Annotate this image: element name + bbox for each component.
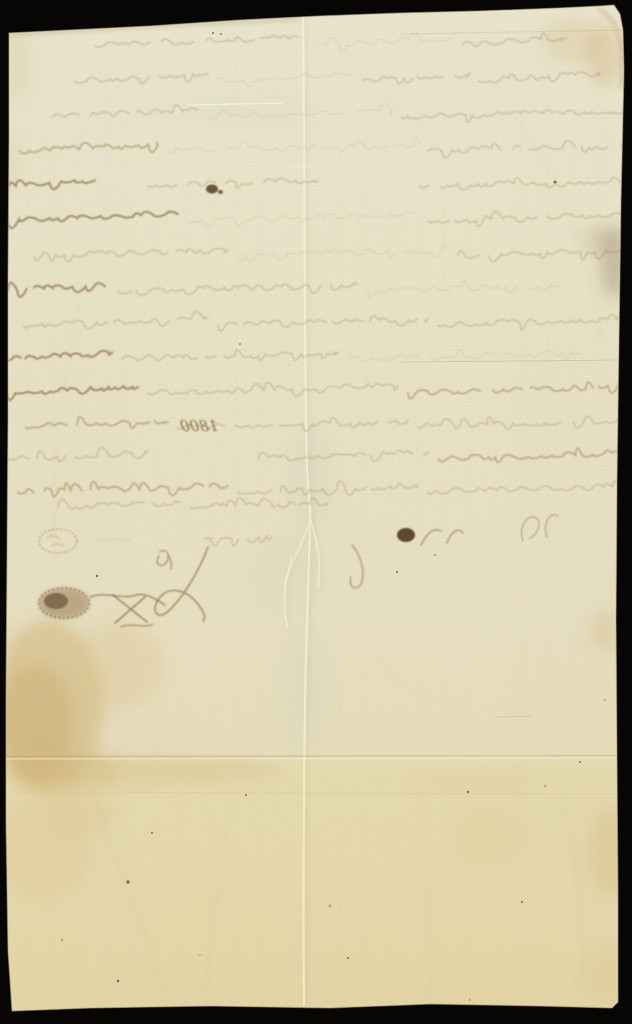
manuscript-scan: 1800 (0, 0, 632, 1024)
scan-stage: 1800 (0, 0, 632, 1024)
paper-sheet: 1800 (0, 0, 632, 1024)
bleedthrough-numeral: 1800 (178, 417, 219, 435)
